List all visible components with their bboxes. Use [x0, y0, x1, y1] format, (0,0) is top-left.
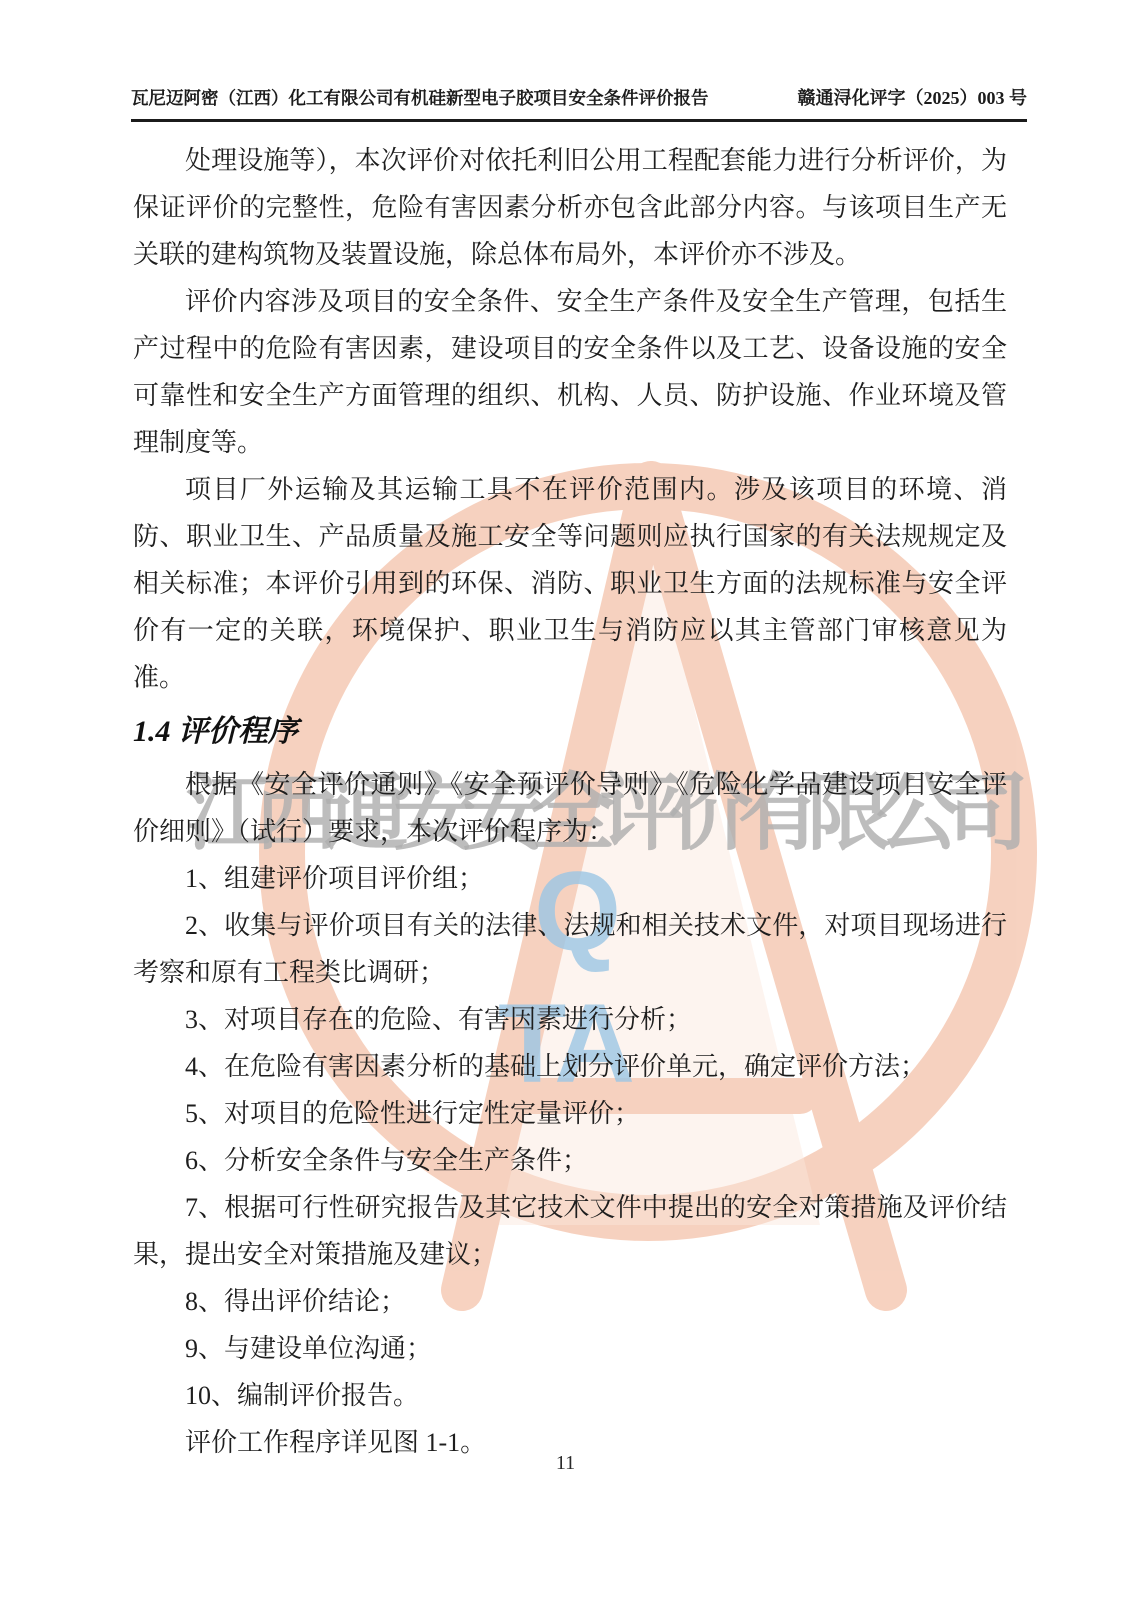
paragraph-2: 评价内容涉及项目的安全条件、安全生产条件及安全生产管理，包括生产过程中的危险有害… — [133, 278, 1007, 466]
document-page: Q TA 江西通安安全评价有限公司 瓦尼迈阿密（江西）化工有限公司有机硅新型电子… — [0, 0, 1131, 1600]
paragraph-4: 根据《安全评价通则》《安全预评价导则》《危险化学品建设项目安全评价细则》（试行）… — [133, 761, 1007, 855]
list-item-4: 4、在危险有害因素分析的基础上划分评价单元，确定评价方法； — [133, 1043, 1007, 1090]
section-heading-1-4: 1.4 评价程序 — [133, 709, 1007, 755]
header-document-code: 赣通浔化评字（2025）003 号 — [798, 84, 1028, 110]
list-item-3: 3、对项目存在的危险、有害因素进行分析； — [133, 996, 1007, 1043]
list-item-9: 9、与建设单位沟通； — [133, 1325, 1007, 1372]
list-item-8: 8、得出评价结论； — [133, 1278, 1007, 1325]
header-report-title: 瓦尼迈阿密（江西）化工有限公司有机硅新型电子胶项目安全条件评价报告 — [131, 85, 709, 110]
page-header: 瓦尼迈阿密（江西）化工有限公司有机硅新型电子胶项目安全条件评价报告 赣通浔化评字… — [131, 84, 1027, 122]
list-item-10: 10、编制评价报告。 — [133, 1372, 1007, 1419]
list-item-5: 5、对项目的危险性进行定性定量评价； — [133, 1090, 1007, 1137]
list-item-2: 2、收集与评价项目有关的法律、法规和相关技术文件，对项目现场进行考察和原有工程类… — [133, 902, 1007, 996]
list-item-1: 1、组建评价项目评价组； — [133, 855, 1007, 902]
list-item-6: 6、分析安全条件与安全生产条件； — [133, 1137, 1007, 1184]
paragraph-3: 项目厂外运输及其运输工具不在评价范围内。涉及该项目的环境、消防、职业卫生、产品质… — [133, 466, 1007, 701]
document-body: 处理设施等），本次评价对依托利旧公用工程配套能力进行分析评价，为保证评价的完整性… — [133, 137, 1007, 1466]
list-item-7: 7、根据可行性研究报告及其它技术文件中提出的安全对策措施及评价结果，提出安全对策… — [133, 1184, 1007, 1278]
paragraph-1: 处理设施等），本次评价对依托利旧公用工程配套能力进行分析评价，为保证评价的完整性… — [133, 137, 1007, 278]
page-number: 11 — [0, 1452, 1131, 1475]
